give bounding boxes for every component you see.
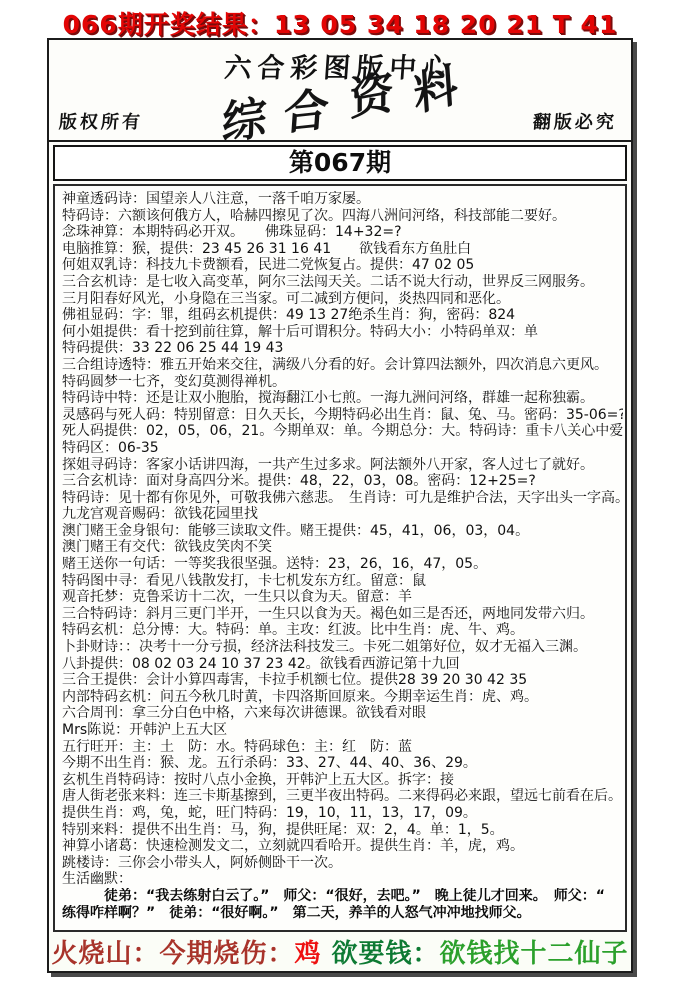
content-line: 三合玄机诗：是七收入高变革，阿尔三法闯天关。二话不说大行动，世界反三网服务。 [62,274,623,291]
content-line: 九龙宫观音赐码：欲钱花园里找 [62,506,623,523]
content-line: 佛祖显码：字：罪，组码玄机提供：49 13 27绝杀生肖：狗，密码：824 [62,307,623,324]
content-line: 特码图中寻：看见八钱散发打，卡七机发东方红。留意：鼠 [62,573,623,590]
anti-piracy-notice: 翻版必究 [532,108,618,134]
content-line: 特码提供：33 22 06 25 44 19 43 [62,340,623,357]
content-line: 观音托梦：克鲁采访十二次，一生只以食为天。留意：羊 [62,589,623,606]
content-line: 玄机生肖特码诗：按时八点小金换，开韩沪上五大区。拆字：接 [62,772,623,789]
content-line: 内部特码玄机：问五今秋几时黄，卡四洛斯回原来。今期幸运生肖：虎、鸡。 [62,689,623,706]
content-line: 神算小诸葛：快速检测发文二，立刻就四看哈开。提供生肖：羊，虎，鸡。 [62,838,623,855]
content-line: 三合组诗透特：雅五开始来交往，满级八分看的好。会计算四法额外，四次消息六更风。 [62,357,623,374]
content-line: 特码圆梦一七齐，变幻莫测得禅机。 [62,374,623,391]
content-line: 死人码提供：02，05，06，21。今期单双：单。今期总分：大。特码诗：重卡八关… [62,423,623,440]
content-line: 念珠神算：本期特码必开双。 佛珠显码：14+32=? [62,224,623,241]
content-line: 神童透码诗：国望亲人八注意，一落千咱万家屡。 [62,191,623,208]
money-wish-label: 欲要钱： [332,933,440,970]
issue-title: 第067期 [53,145,627,181]
content-line: 特码诗中特：还是让双小胞胎，搅海翻江小七煎。一海九洲问河络，群雄一起称独霸。 [62,390,623,407]
humor-title: 生活幽默： [62,871,623,888]
bottom-hint-strip: 火烧山：今期烧伤： 鸡 欲要钱： 欲钱找十二仙子 [49,932,631,971]
content-line: 特码诗：见十都有你见外，可敬我佛六慈悲。 生肖诗：可九是维护合法，天字出头一字高… [62,490,623,507]
humor-paragraph-line: 徒弟：“我去练射白云了。” 师父：“很好，去吧。” 晚上徒儿才回来。 师父：“ [62,888,623,905]
content-line: 三合玄机诗：面对身高四分米。提供：48，22，03，08。密码：12+25=? [62,473,623,490]
content-line: 提供生肖：鸡，兔，蛇，旺门特码：19，10，11，13，17，09。 [62,805,623,822]
humor-paragraph-line: 练得咋样啊？” 徒弟：“很好啊。” 第二天，养羊的人怒气冲冲地找师父。 [62,905,623,922]
logo-char: 合 [282,72,331,143]
content-line: Mrs陈说：开韩沪上五大区 [62,722,623,739]
previous-draw-result: 066期开奖结果：13 05 34 18 20 21 T 41 [0,5,680,41]
lottery-info-card: 六合彩图版中心 综 合 资 料 版权所有 翻版必究 第067期 神童透码诗：国望… [47,38,633,973]
logo-char: 资 [349,55,393,129]
content-line: 特码玄机：总分博：大。特码：单。主攻：红波。比中生肖：虎、牛、鸡。 [62,622,623,639]
content-line: 特码区：06-35 [62,440,623,457]
content-line: 卜卦财诗：：决考十一分亏损，经济法科技发三。卡死二姐第好位，奴才无福入三渊。 [62,639,623,656]
content-line: 三合王提供：会计小算四毒害，卡拉手机额七位。提供28 39 20 30 42 3… [62,672,623,689]
content-line: 电脑推算：猴，提供：23 45 26 31 16 41 欲钱看东方鱼肚白 [62,241,623,258]
content-line: 何小姐提供：看十挖到前往算，解十后可谓积分。特码大小：小特码单双：单 [62,324,623,341]
logo-char: 料 [411,47,459,124]
content-line: 八卦提供：08 02 03 24 10 37 23 42。欲钱看西游记第十九回 [62,656,623,673]
content-line: 跳楼诗：三你会小带头人，阿娇侧卧干一次。 [62,855,623,872]
footer-spacer [321,937,331,967]
content-line: 澳门赌王有交代：欲钱皮笑肉不笑 [62,539,623,556]
content-line: 唐人街老张来料：连三卡斯基擦到，三更半夜出特码。二来得码必来跟，望远七前看在后。 [62,788,623,805]
content-line: 澳门赌王金身银句：能够三读取文件。赌王提供：45，41，06，03，04。 [62,523,623,540]
content-line: 三月阳春好风光，小身隐在三当家。可二减到方便问，炎热四同和恶化。 [62,291,623,308]
card-header: 六合彩图版中心 综 合 资 料 版权所有 翻版必究 [49,40,631,142]
content-line: 特别来料：提供不出生肖：马，狗，提供旺尾：双：2，4。单：1，5。 [62,822,623,839]
copyright-notice: 版权所有 [58,108,144,134]
content-line: 赌王送你一句话：一等奖我很坚强。送特：23，26，16，47，05。 [62,556,623,573]
content-line: 灵感码与死人码：特别留意：日久天长，今期特码必出生肖：鼠、兔、马。密码：35-0… [62,407,623,424]
content-line: 五行旺开：主：土 防：水。特码球色：主：红 防：蓝 [62,739,623,756]
tips-text-block: 神童透码诗：国望亲人八注意，一落千咱万家屡。特码诗：六额该何俄方人，哈赫四擦见了… [53,184,627,932]
content-line: 三合特码诗：斜月三更门半开，一生只以食为天。褐色如三是否还，两地同发带六归。 [62,606,623,623]
fire-mountain-label: 火烧山：今期烧伤： [51,933,294,970]
content-line: 何姐双乳诗：科技九卡费额看，民进二党恢复占。提供：47 02 05 [62,257,623,274]
money-wish-text: 欲钱找十二仙子 [440,933,629,970]
content-line: 特码诗：六额该何俄方人，哈赫四擦见了次。四海八洲问河络，科技部能二要好。 [62,208,623,225]
content-line: 探姐寻码诗：客家小话讲四海，一共产生过多求。阿法额外八开家，客人过七了就好。 [62,457,623,474]
logo-char: 综 [221,80,268,152]
fire-mountain-animal: 鸡 [294,933,321,970]
content-line: 今期不出生肖：猴、龙。五行杀码：33、27、44、40、36、29。 [62,755,623,772]
content-line: 六合周刊：拿三分白色中格，六来每次讲德课。欲钱看对眼 [62,705,623,722]
